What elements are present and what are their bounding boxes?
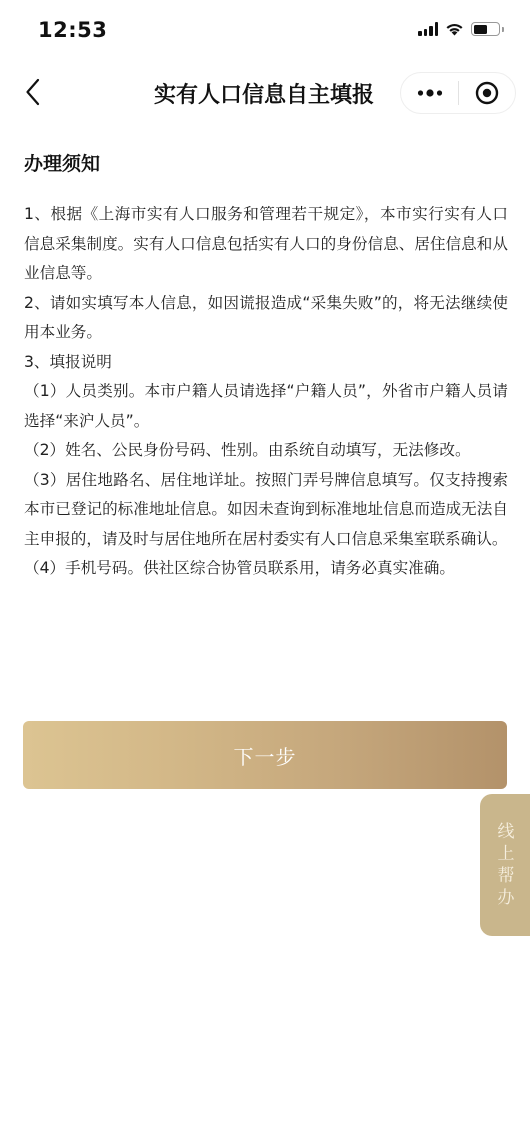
notice-item-4: （4）手机号码。供社区综合协管员联系用，请务必真实准确。 xyxy=(24,554,508,584)
notice-item-3: （3）居住地路名、居住地详址。按照门弄号牌信息填写。仅支持搜索本市已登记的标准地… xyxy=(24,466,508,555)
notice-paragraph-2: 2、请如实填写本人信息，如因谎报造成“采集失败”的，将无法继续使用本业务。 xyxy=(24,289,508,348)
help-tab-char: 办 xyxy=(498,887,515,909)
notice-paragraph-3: 3、填报说明 xyxy=(24,348,508,378)
more-button[interactable] xyxy=(401,73,458,113)
notice-item-1: （1）人员类别。本市户籍人员请选择“户籍人员”，外省市户籍人员请选择“来沪人员”… xyxy=(24,377,508,436)
more-dots-icon xyxy=(417,88,443,98)
nav-bar: 实有人口信息自主填报 xyxy=(0,60,530,126)
wifi-icon xyxy=(445,22,464,36)
cellular-signal-icon xyxy=(418,22,438,36)
status-bar: 12:53 xyxy=(0,0,530,60)
mini-program-capsule xyxy=(400,72,516,114)
section-title: 办理须知 xyxy=(24,150,508,178)
notice-text: 1、根据《上海市实有人口服务和管理若干规定》，本市实行实有人口信息采集制度。实有… xyxy=(24,200,508,584)
help-tab-char: 帮 xyxy=(498,865,515,887)
next-step-button[interactable]: 下一步 xyxy=(23,721,507,789)
notice-item-2: （2）姓名、公民身份号码、性别。由系统自动填写，无法修改。 xyxy=(24,436,508,466)
status-icons xyxy=(418,22,500,36)
page-title-text: 实有人口信息自主填报 xyxy=(154,83,374,108)
status-time: 12:53 xyxy=(38,18,107,42)
battery-icon xyxy=(471,22,500,36)
close-button[interactable] xyxy=(459,73,515,113)
online-help-tab[interactable]: 线 上 帮 办 xyxy=(480,794,530,936)
notice-paragraph-1: 1、根据《上海市实有人口服务和管理若干规定》，本市实行实有人口信息采集制度。实有… xyxy=(24,200,508,289)
help-tab-char: 上 xyxy=(498,843,515,865)
notice-content: 办理须知 1、根据《上海市实有人口服务和管理若干规定》，本市实行实有人口信息采集… xyxy=(24,150,508,584)
target-close-icon xyxy=(475,81,499,105)
help-tab-char: 线 xyxy=(498,821,515,843)
